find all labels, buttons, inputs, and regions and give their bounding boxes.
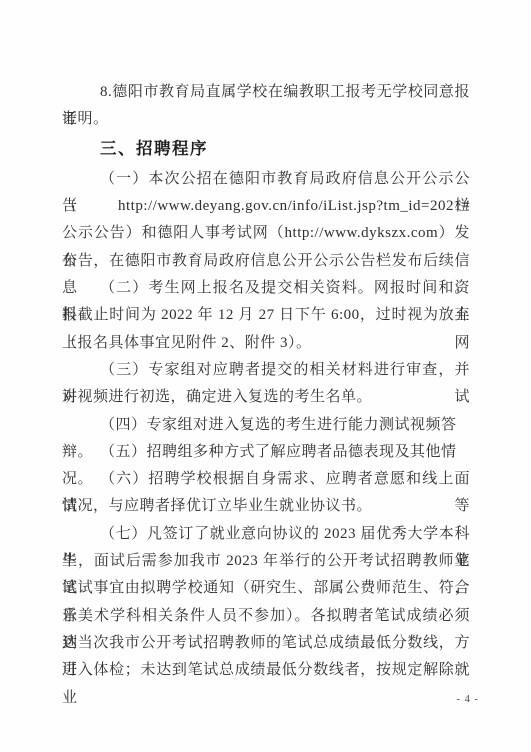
document-line: （六）招聘学校根据自身需求、应聘者意愿和线上面试等 [62,466,470,493]
document-body: 8.德阳市教育局直属学校在编教职工报考无学校同意报考证明。三、招聘程序（一）本次… [62,79,470,685]
document-line: 8.德阳市教育局直属学校在编教职工报考无学校同意报考 [62,79,470,106]
document-line: （五）招聘组多种方式了解应聘者品德表现及其他情况。 [62,439,470,466]
document-line: 到当次我市公开考试招聘教师的笔试总成绩最低分数线，方可 [62,630,470,657]
document-line: 报截止时间为 2022 年 12 月 27 日下午 6:00，过时视为放弃（网 [62,302,470,329]
document-line: 乐美术学科相关条件人员不参加）。各拟聘者笔试成绩必须达 [62,603,470,630]
document-line: （七）凡签订了就业意向协议的 2023 届优秀大学本科毕业 [62,521,470,548]
page-number: - 4 - [457,694,480,705]
section-heading: 三、招聘程序 [62,136,470,163]
document-line: （二）考生网上报名及提交相关资料。网报时间和资料上 [62,275,470,302]
document-line: 笔试事宜由拟聘学校通知（研究生、部属公费师范生、符合音 [62,575,470,602]
document-line: （ http://www.deyang.gov.cn/info/iList.js… [62,193,470,220]
document-line: （三）专家组对应聘者提交的相关材料进行审查，并对试 [62,357,470,384]
scanned-document-page: 8.德阳市教育局直属学校在编教职工报考无学校同意报考证明。三、招聘程序（一）本次… [0,0,531,752]
document-line: 证明。 [62,106,470,133]
document-line: 公告，在德阳市教育局政府信息公开公示公告栏发布后续信息。 [62,248,470,275]
document-line: 生，面试后需参加我市 2023 年举行的公开考试招聘教师笔试， [62,548,470,575]
document-line: （四）专家组对进入复选的考生进行能力测试视频答辩。 [62,412,470,439]
document-line: 公示公告）和德阳人事考试网（http://www.dykszx.com）发布 [62,220,470,247]
document-line: 进入体检；未达到笔试总成绩最低分数线者，按规定解除就业 [62,657,470,684]
document-line: （一）本次公招在德阳市教育局政府信息公开公示公告栏 [62,166,470,193]
